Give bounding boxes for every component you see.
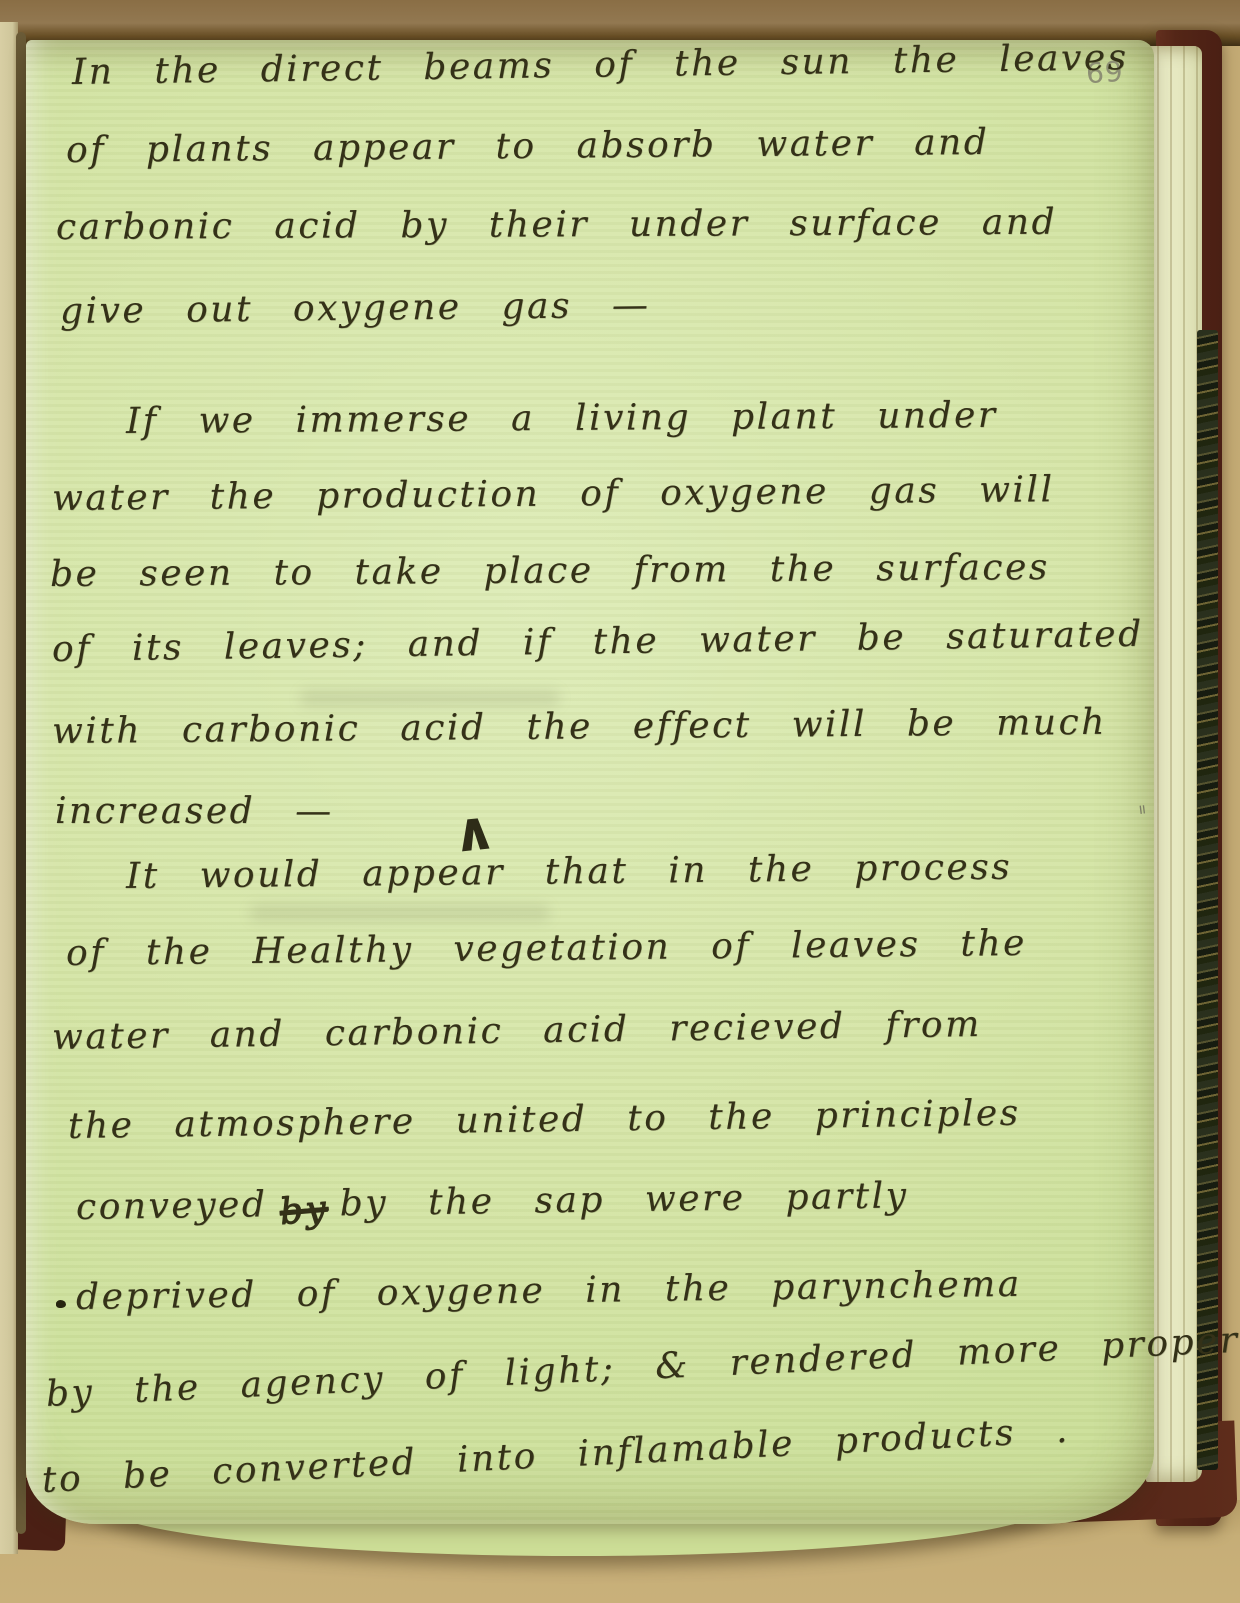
manuscript-line: If we immerse a living plant under — [126, 395, 998, 442]
manuscript-line: carbonic acid by their under surface and — [56, 202, 1057, 248]
notebook-photo: { "photo": { "page_number": "69", "inser… — [0, 0, 1240, 1603]
manuscript-line: be seen to take place from the surfaces — [50, 547, 1050, 595]
binding-gutter — [16, 32, 26, 1534]
manuscript-text: by the sap were partly — [339, 1175, 908, 1224]
ink-blot — [56, 1300, 66, 1308]
manuscript-text: conveyed — [76, 1184, 268, 1228]
ink-bleed-through — [300, 690, 560, 706]
manuscript-line: water the production of oxygene gas will — [52, 469, 1055, 519]
manuscript-line: of plants appear to absorb water and — [66, 122, 990, 171]
manuscript-line: give out oxygene gas — — [60, 285, 651, 332]
manuscript-line: increased — — [55, 791, 334, 832]
ink-bleed-through — [250, 905, 550, 921]
marbled-board-edge — [1197, 330, 1218, 1470]
page-edge-stack — [1146, 46, 1202, 1482]
struck-out-word: by — [276, 1188, 332, 1233]
